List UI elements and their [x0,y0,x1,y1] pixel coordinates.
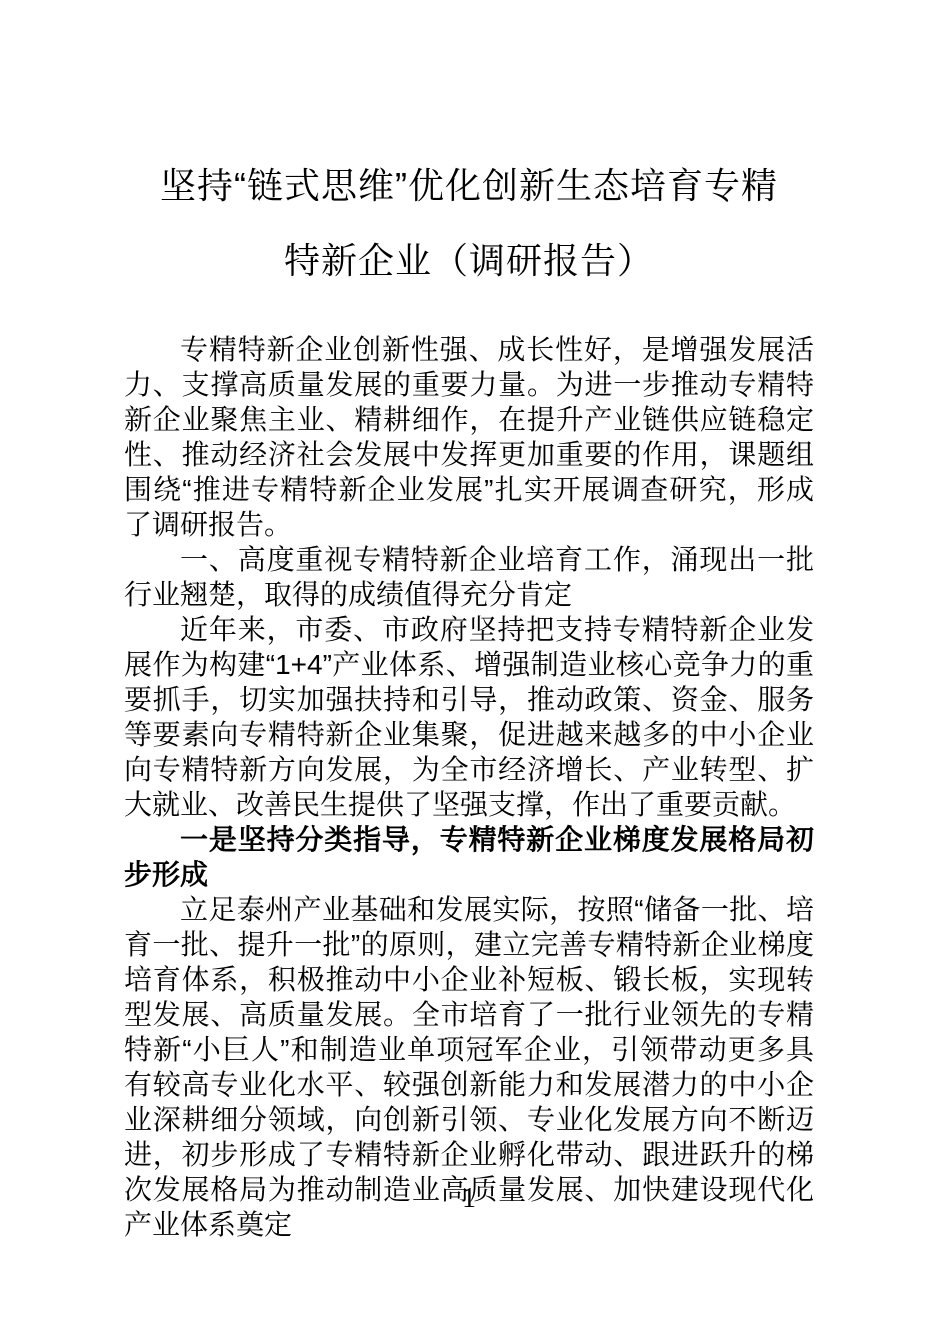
page-number: 1 [124,1183,814,1215]
sub-heading-classified-guidance: 一是坚持分类指导，专精特新企业梯度发展格局初步形成 [124,822,814,892]
paragraph-recent-years: 近年来，市委、市政府坚持把支持专精特新企业发展作为构建“1+4”产业体系、增强制… [124,612,814,822]
title-line-1: 坚持“链式思维”优化创新生态培育专精 [124,148,814,223]
text-column: 坚持“链式思维”优化创新生态培育专精 特新企业（调研报告） 专精特新企业创新性强… [124,148,814,1242]
document-page: 坚持“链式思维”优化创新生态培育专精 特新企业（调研报告） 专精特新企业创新性强… [0,0,950,1344]
section-heading-1: 一、高度重视专精特新企业培育工作，涌现出一批行业翘楚，取得的成绩值得充分肯定 [124,542,814,612]
title-line-2: 特新企业（调研报告） [124,223,814,298]
document-title: 坚持“链式思维”优化创新生态培育专精 特新企业（调研报告） [124,148,814,298]
paragraph-introduction: 专精特新企业创新性强、成长性好，是增强发展活力、支撑高质量发展的重要力量。为进一… [124,332,814,542]
